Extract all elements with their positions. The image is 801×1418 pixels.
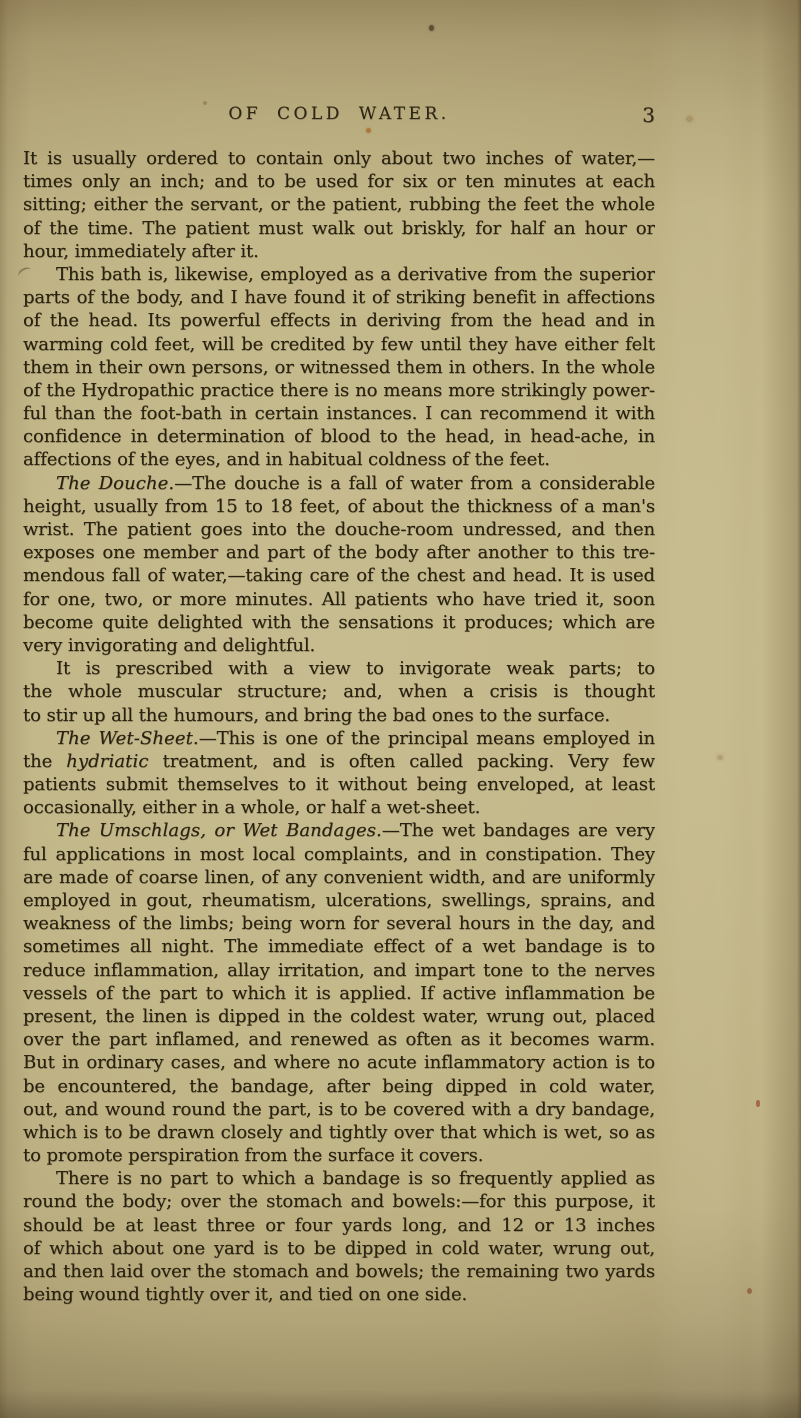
page-number: 3 bbox=[642, 103, 655, 127]
text-line: times only an inch; and to be used for s… bbox=[23, 170, 655, 193]
text-line: exposes one member and part of the body … bbox=[23, 541, 655, 564]
text-line: to promote perspiration from the surface… bbox=[23, 1144, 655, 1167]
text-line: confidence in determination of blood to … bbox=[23, 425, 655, 448]
page-body: It is usually ordered to contain only ab… bbox=[23, 147, 655, 1306]
running-header: OF COLD WATER. 3 bbox=[23, 104, 655, 130]
foxing-spot bbox=[747, 1288, 752, 1294]
text-line: parts of the body, and I have found it o… bbox=[23, 286, 655, 309]
text-line: wrist. The patient goes into the douche-… bbox=[23, 518, 655, 541]
text-line: the hydriatic treatment, and is often ca… bbox=[23, 750, 655, 773]
foxing-spot bbox=[686, 116, 693, 122]
text-line: sitting; either the servant, or the pati… bbox=[23, 193, 655, 216]
foxing-spot bbox=[717, 755, 723, 760]
text-line: vessels of the part to which it is appli… bbox=[23, 982, 655, 1005]
text-line: become quite delighted with the sensatio… bbox=[23, 611, 655, 634]
text-line: very invigorating and delightful. bbox=[23, 634, 655, 657]
text-line: The Douche.—The douche is a fall of wate… bbox=[23, 472, 655, 495]
foxing-spot bbox=[756, 1100, 760, 1107]
text-line: of the Hydropathic practice there is no … bbox=[23, 379, 655, 402]
text-line: sometimes all night. The immediate effec… bbox=[23, 935, 655, 958]
text-line: them in their own persons, or witnessed … bbox=[23, 356, 655, 379]
text-line: over the part inflamed, and renewed as o… bbox=[23, 1028, 655, 1051]
text-line: occasionally, either in a whole, or half… bbox=[23, 796, 655, 819]
text-line: for one, two, or more minutes. All patie… bbox=[23, 588, 655, 611]
text-line: being wound tightly over it, and tied on… bbox=[23, 1283, 655, 1306]
text-line: to stir up all the humours, and bring th… bbox=[23, 704, 655, 727]
text-line: of which about one yard is to be dipped … bbox=[23, 1237, 655, 1260]
text-line: of the head. Its powerful effects in der… bbox=[23, 309, 655, 332]
text-line: mendous fall of water,—taking care of th… bbox=[23, 564, 655, 587]
text-line: affections of the eyes, and in habitual … bbox=[23, 448, 655, 471]
text-line: of the time. The patient must walk out b… bbox=[23, 217, 655, 240]
text-line: ful than the foot-bath in certain instan… bbox=[23, 402, 655, 425]
text-line: The Wet-Sheet.—This is one of the princi… bbox=[23, 727, 655, 750]
text-line: should be at least three or four yards l… bbox=[23, 1214, 655, 1237]
text-line: warming cold feet, will be credited by f… bbox=[23, 333, 655, 356]
foxing-spot bbox=[429, 25, 434, 31]
text-line: and then laid over the stomach and bowel… bbox=[23, 1260, 655, 1283]
book-page-scan: OF COLD WATER. 3 It is usually ordered t… bbox=[0, 0, 801, 1418]
text-line: But in ordinary cases, and where no acut… bbox=[23, 1051, 655, 1074]
text-line: height, usually from 15 to 18 feet, of a… bbox=[23, 495, 655, 518]
running-head-title: OF COLD WATER. bbox=[23, 104, 655, 124]
text-line: patients submit themselves to it without… bbox=[23, 773, 655, 796]
text-line: be encountered, the bandage, after being… bbox=[23, 1075, 655, 1098]
text-line: It is prescribed with a view to invigora… bbox=[23, 657, 655, 680]
text-line: weakness of the limbs; being worn for se… bbox=[23, 912, 655, 935]
text-line: employed in gout, rheumatism, ulceration… bbox=[23, 889, 655, 912]
text-line: present, the linen is dipped in the cold… bbox=[23, 1005, 655, 1028]
text-line: The Umschlags, or Wet Bandages.—The wet … bbox=[23, 819, 655, 842]
text-line: round the body; over the stomach and bow… bbox=[23, 1190, 655, 1213]
text-line: which is to be drawn closely and tightly… bbox=[23, 1121, 655, 1144]
text-line: It is usually ordered to contain only ab… bbox=[23, 147, 655, 170]
text-line: This bath is, likewise, employed as a de… bbox=[23, 263, 655, 286]
text-line: There is no part to which a bandage is s… bbox=[23, 1167, 655, 1190]
text-line: hour, immediately after it. bbox=[23, 240, 655, 263]
text-line: are made of coarse linen, of any conveni… bbox=[23, 866, 655, 889]
text-line: out, and wound round the part, is to be … bbox=[23, 1098, 655, 1121]
text-line: ful applications in most local complaint… bbox=[23, 843, 655, 866]
text-line: reduce inflammation, allay irritation, a… bbox=[23, 959, 655, 982]
text-line: the whole muscular structure; and, when … bbox=[23, 680, 655, 703]
